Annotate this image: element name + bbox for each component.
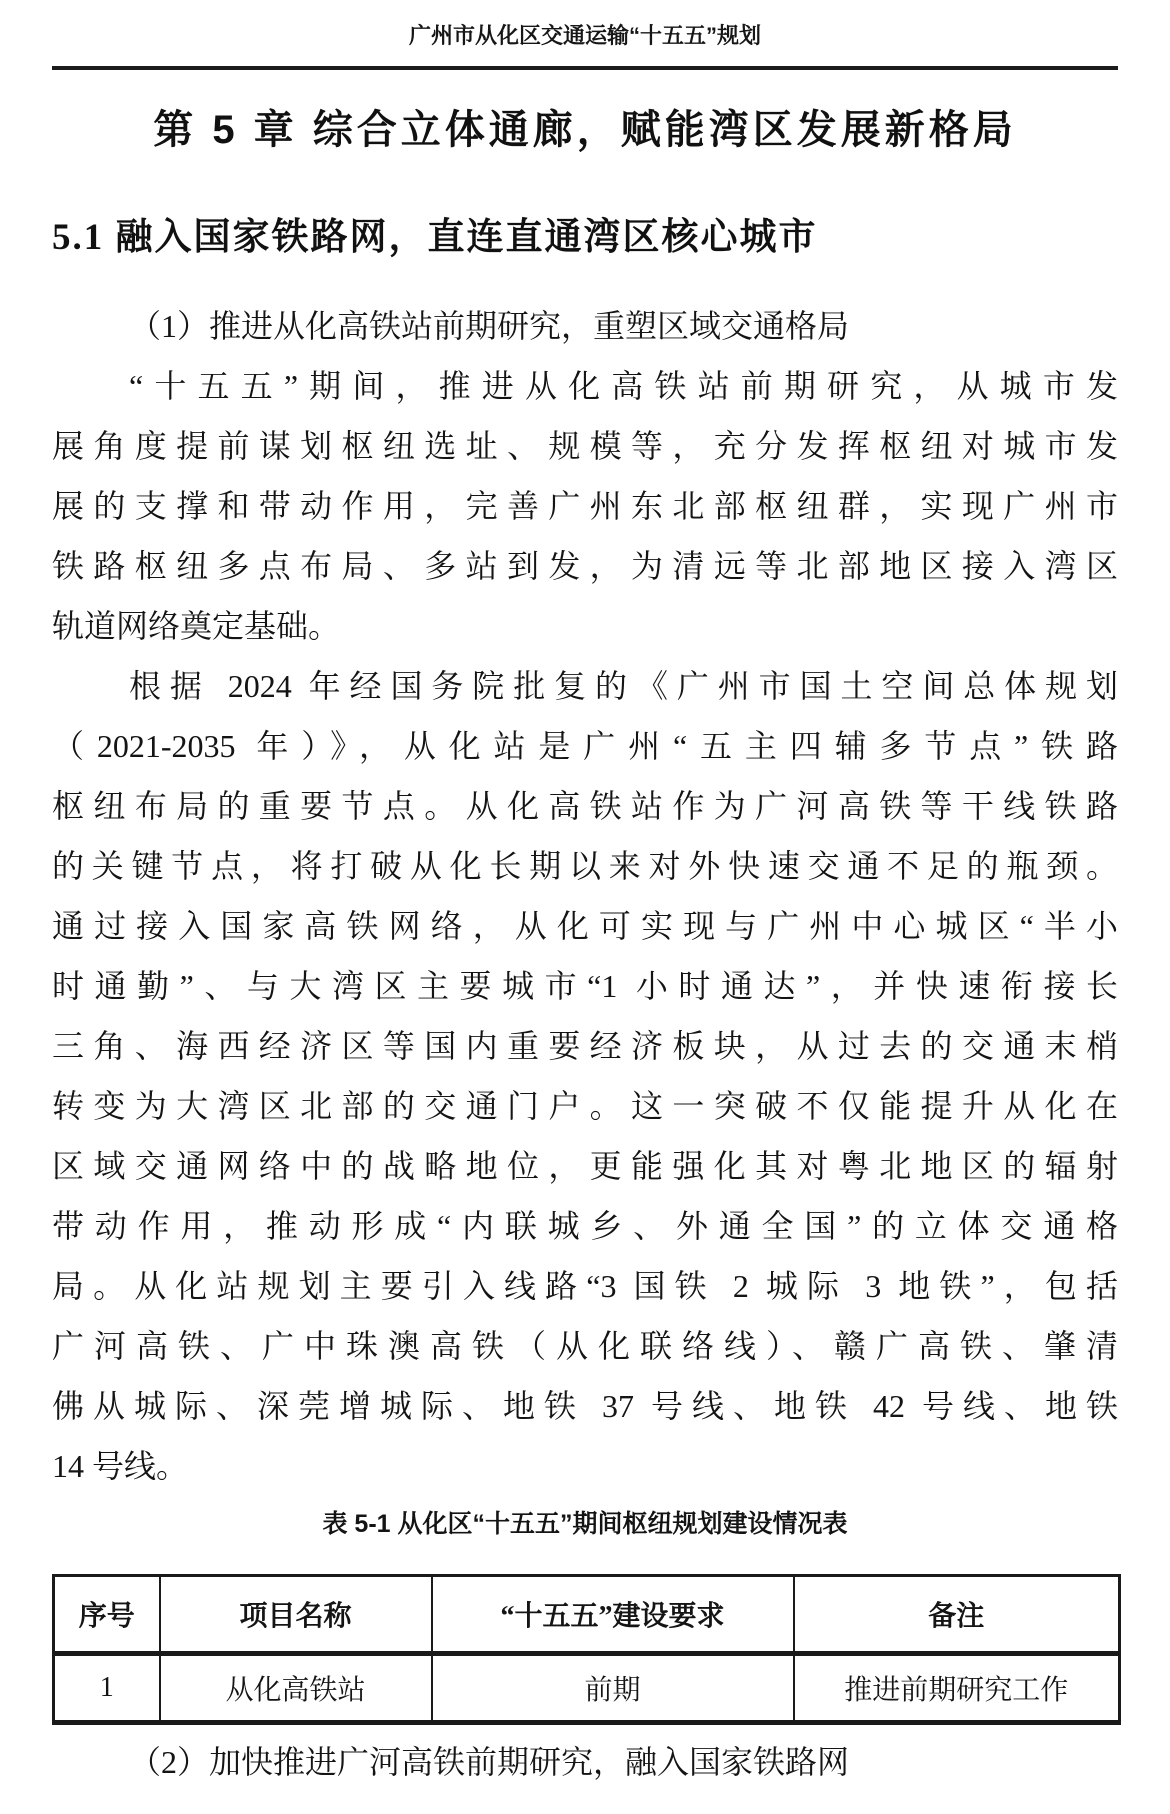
table-header-index: 序号 [54, 1576, 160, 1654]
paragraph-2-line: 佛从城际、深莞增城际、地铁 37 号线、地铁 42 号线、地铁 [52, 1376, 1118, 1436]
chapter-title: 第 5 章 综合立体通廊，赋能湾区发展新格局 [52, 104, 1118, 156]
section-heading-5-1: 5.1 融入国家铁路网，直连直通湾区核心城市 [52, 216, 1118, 260]
table-cell-remark: 推进前期研究工作 [794, 1654, 1120, 1723]
paragraph-1-line: 轨道网络奠定基础。 [52, 596, 1118, 656]
body-text: （1）推进从化高铁站前期研究，重塑区域交通格局 “十五五”期间，推进从化高铁站前… [52, 296, 1118, 1496]
paragraph-2-line: 三角、海西经济区等国内重要经济板块，从过去的交通末梢 [52, 1016, 1118, 1076]
paragraph-1-line: “十五五”期间，推进从化高铁站前期研究，从城市发 [52, 356, 1118, 416]
paragraph-2-line: 通过接入国家高铁网络，从化可实现与广州中心城区“半小 [52, 896, 1118, 956]
table-header-project: 项目名称 [160, 1576, 432, 1654]
paragraph-2-line: 14 号线。 [52, 1436, 1118, 1496]
table-header-requirement: “十五五”建设要求 [432, 1576, 794, 1654]
subsection-heading-2: （2）加快推进广河高铁前期研究，融入国家铁路网 [52, 1737, 1118, 1787]
running-header-title: 广州市从化区交通运输“十五五”规划 [52, 0, 1118, 50]
paragraph-2-line: 的关键节点，将打破从化长期以来对外快速交通不足的瓶颈。 [52, 836, 1118, 896]
paragraph-2-line: 区域交通网络中的战略地位，更能强化其对粤北地区的辐射 [52, 1136, 1118, 1196]
paragraph-2-line: 局。从化站规划主要引入线路“3 国铁 2 城际 3 地铁”，包括 [52, 1256, 1118, 1316]
table-caption: 表 5-1 从化区“十五五”期间枢纽规划建设情况表 [52, 1508, 1118, 1540]
paragraph-2-line: 枢纽布局的重要节点。从化高铁站作为广河高铁等干线铁路 [52, 776, 1118, 836]
paragraph-2-line: 带动作用，推动形成“内联城乡、外通全国”的立体交通格 [52, 1196, 1118, 1256]
table-cell-requirement: 前期 [432, 1654, 794, 1723]
document-page: 广州市从化区交通运输“十五五”规划 第 5 章 综合立体通廊，赋能湾区发展新格局… [0, 0, 1170, 1814]
table-header-row: 序号 项目名称 “十五五”建设要求 备注 [54, 1576, 1120, 1654]
paragraph-1-line: 展角度提前谋划枢纽选址、规模等，充分发挥枢纽对城市发 [52, 416, 1118, 476]
hub-planning-table: 序号 项目名称 “十五五”建设要求 备注 1 从化高铁站 前期 推进前期研究工作 [52, 1574, 1121, 1725]
paragraph-1-line: 展的支撑和带动作用，完善广州东北部枢纽群，实现广州市 [52, 476, 1118, 536]
paragraph-2-line: 时通勤”、与大湾区主要城市“1 小时通达”，并快速衔接长 [52, 956, 1118, 1016]
table-row: 1 从化高铁站 前期 推进前期研究工作 [54, 1654, 1120, 1723]
table-cell-project: 从化高铁站 [160, 1654, 432, 1723]
paragraph-1-line: 铁路枢纽多点布局、多站到发，为清远等北部地区接入湾区 [52, 536, 1118, 596]
table-cell-index: 1 [54, 1654, 160, 1723]
subsection-heading-1: （1）推进从化高铁站前期研究，重塑区域交通格局 [52, 296, 1118, 356]
paragraph-2-line: 广河高铁、广中珠澳高铁（从化联络线）、赣广高铁、肇清 [52, 1316, 1118, 1376]
header-divider-rule [52, 66, 1118, 70]
table-header-remark: 备注 [794, 1576, 1120, 1654]
paragraph-2-line: （2021-2035 年）》，从化站是广州“五主四辅多节点”铁路 [52, 716, 1118, 776]
paragraph-2-line: 转变为大湾区北部的交通门户。这一突破不仅能提升从化在 [52, 1076, 1118, 1136]
paragraph-2-line: 根据 2024 年经国务院批复的《广州市国土空间总体规划 [52, 656, 1118, 716]
